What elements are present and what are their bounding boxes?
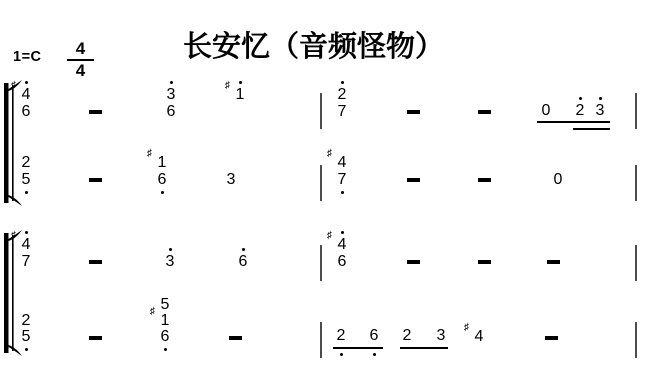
duration-dash: [89, 110, 102, 114]
note-digit: 6: [164, 104, 178, 120]
duration-dash: [547, 260, 560, 264]
duration-dash: [229, 336, 242, 340]
barline: [320, 245, 322, 281]
octave-dot-below: [164, 348, 167, 351]
sharp-icon: ♯: [327, 149, 332, 159]
octave-dot-above: [341, 81, 344, 84]
beam-underline: [400, 347, 448, 349]
note-digit: 4♯: [335, 237, 349, 253]
duration-dash: [478, 110, 491, 114]
note-digit: 7: [335, 104, 349, 120]
octave-dot-above: [599, 97, 602, 100]
note-digit: 6: [155, 172, 169, 188]
score-area: 4♯6361♯27023251♯634♯704♯7364♯62551♯64♯26…: [0, 0, 646, 383]
barline: [320, 165, 322, 201]
barline: [320, 322, 322, 358]
duration-dash: [89, 336, 102, 340]
sharp-icon: ♯: [225, 81, 230, 91]
duration-dash: [89, 178, 102, 182]
duration-dash: [407, 110, 420, 114]
octave-dot-below: [341, 191, 344, 194]
octave-dot-above: [25, 231, 28, 234]
note-digit: 0: [551, 172, 565, 188]
note-digit: 5: [158, 297, 172, 313]
note-digit: 6: [236, 254, 250, 270]
note-digit: 3: [434, 328, 448, 344]
barline: [635, 93, 637, 129]
note-digit: 1♯: [158, 313, 172, 329]
barline: [320, 93, 322, 129]
octave-dot-below: [373, 353, 376, 356]
sharp-icon: ♯: [150, 307, 155, 317]
note-digit: 6: [367, 328, 381, 344]
octave-dot-above: [341, 231, 344, 234]
note-digit: 4♯: [335, 155, 349, 171]
note-digit: 4♯: [19, 237, 33, 253]
note-digit: 3: [164, 87, 178, 103]
octave-dot-below: [25, 348, 28, 351]
note-digit: 2: [334, 328, 348, 344]
octave-dot-above: [239, 81, 242, 84]
note-digit: 1♯: [155, 155, 169, 171]
note-digit: 3: [593, 103, 607, 119]
sharp-icon: ♯: [147, 149, 152, 159]
octave-dot-above: [169, 248, 172, 251]
note-digit: 7: [335, 172, 349, 188]
note-digit: 0: [539, 103, 553, 119]
sharp-icon: ♯: [11, 81, 16, 91]
note-digit: 2: [19, 313, 33, 329]
duration-dash: [407, 260, 420, 264]
octave-dot-above: [25, 81, 28, 84]
note-digit: 5: [19, 329, 33, 345]
octave-dot-below: [340, 353, 343, 356]
note-digit: 4♯: [19, 87, 33, 103]
note-digit: 6: [158, 329, 172, 345]
sharp-icon: ♯: [11, 231, 16, 241]
note-digit: 2: [19, 155, 33, 171]
note-digit: 2: [573, 103, 587, 119]
note-digit: 2: [335, 87, 349, 103]
note-digit: 3: [163, 254, 177, 270]
duration-dash: [407, 178, 420, 182]
duration-dash: [478, 260, 491, 264]
note-digit: 6: [335, 254, 349, 270]
barline: [635, 165, 637, 201]
note-digit: 4♯: [472, 329, 486, 345]
duration-dash: [545, 336, 558, 340]
note-digit: 6: [19, 104, 33, 120]
sharp-icon: ♯: [464, 323, 469, 333]
octave-dot-below: [161, 191, 164, 194]
note-digit: 3: [224, 172, 238, 188]
duration-dash: [478, 178, 491, 182]
beam-underline: [537, 121, 610, 123]
duration-dash: [89, 260, 102, 264]
beam-underline: [333, 347, 383, 349]
note-digit: 5: [19, 172, 33, 188]
octave-dot-below: [25, 191, 28, 194]
octave-dot-above: [242, 248, 245, 251]
note-digit: 1♯: [233, 87, 247, 103]
octave-dot-above: [579, 97, 582, 100]
barline: [635, 245, 637, 281]
note-digit: 2: [400, 328, 414, 344]
beam-underline: [573, 128, 610, 130]
octave-dot-above: [170, 81, 173, 84]
barline: [635, 322, 637, 358]
sharp-icon: ♯: [327, 231, 332, 241]
note-digit: 7: [19, 254, 33, 270]
sheet-music-page: 长安忆（音频怪物） 1=C 4 4 4♯6361♯27023251♯634♯70…: [0, 0, 646, 383]
